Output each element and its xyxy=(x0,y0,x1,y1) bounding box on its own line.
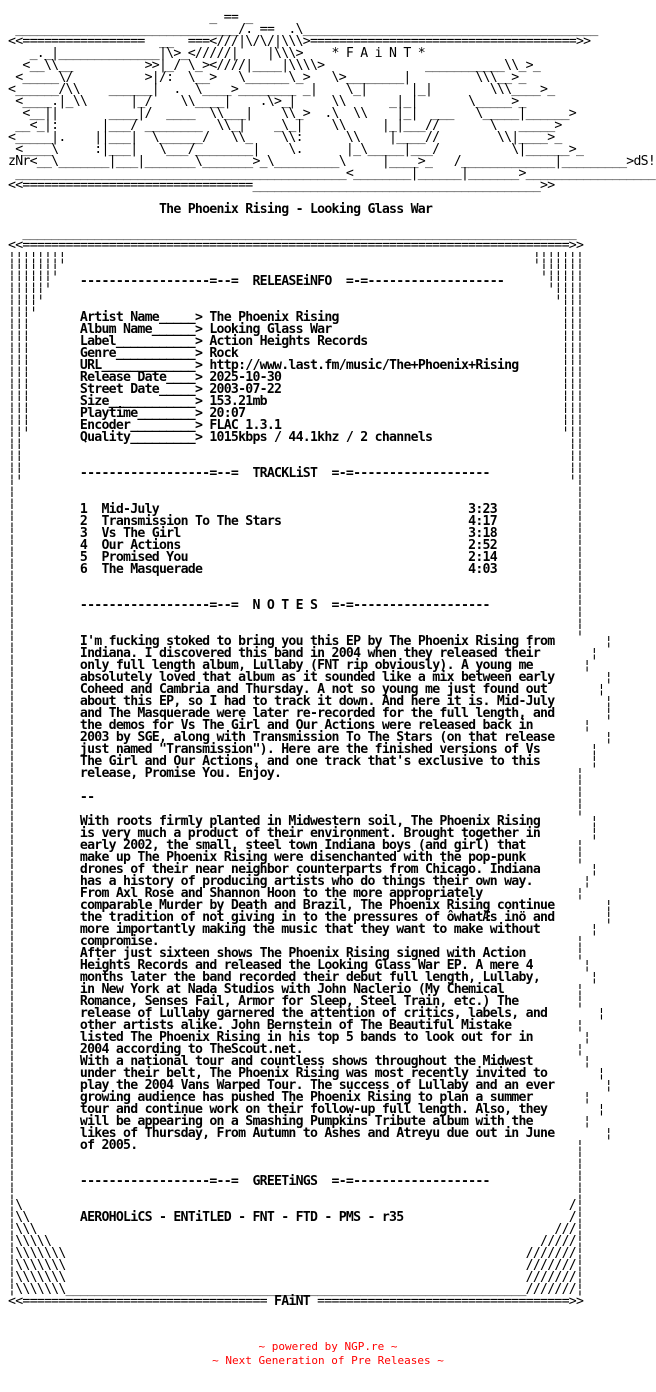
nfo-document: _ == _ _______________________________/.… xyxy=(8,12,655,1308)
nfo-body: ¦¦¦¦¦¦¦¦ ¦¦¦¦¦¦¦¦¦¦¦¦¦¦ ¦¦¦¦¦¦¦¦¦¦¦¦ ---… xyxy=(8,252,655,1308)
ngp-tagline-link[interactable]: ~ Next Generation of Pre Releases ~ xyxy=(212,1354,444,1367)
logo-ascii-art: _ == _ _______________________________/.… xyxy=(8,12,655,192)
footer-group-tag: FAiNT xyxy=(274,1294,310,1309)
powered-by-footer: ~ powered by NGP.re ~ ~ Next Generation … xyxy=(0,1340,656,1368)
powered-by-link[interactable]: ~ powered by NGP.re ~ xyxy=(258,1340,397,1353)
frame-bottom-arrows: <<================================== FAi… xyxy=(8,1296,655,1308)
release-title: The Phoenix Rising - Looking Glass War xyxy=(8,204,655,216)
logo-art-line: <<================================______… xyxy=(8,180,655,192)
